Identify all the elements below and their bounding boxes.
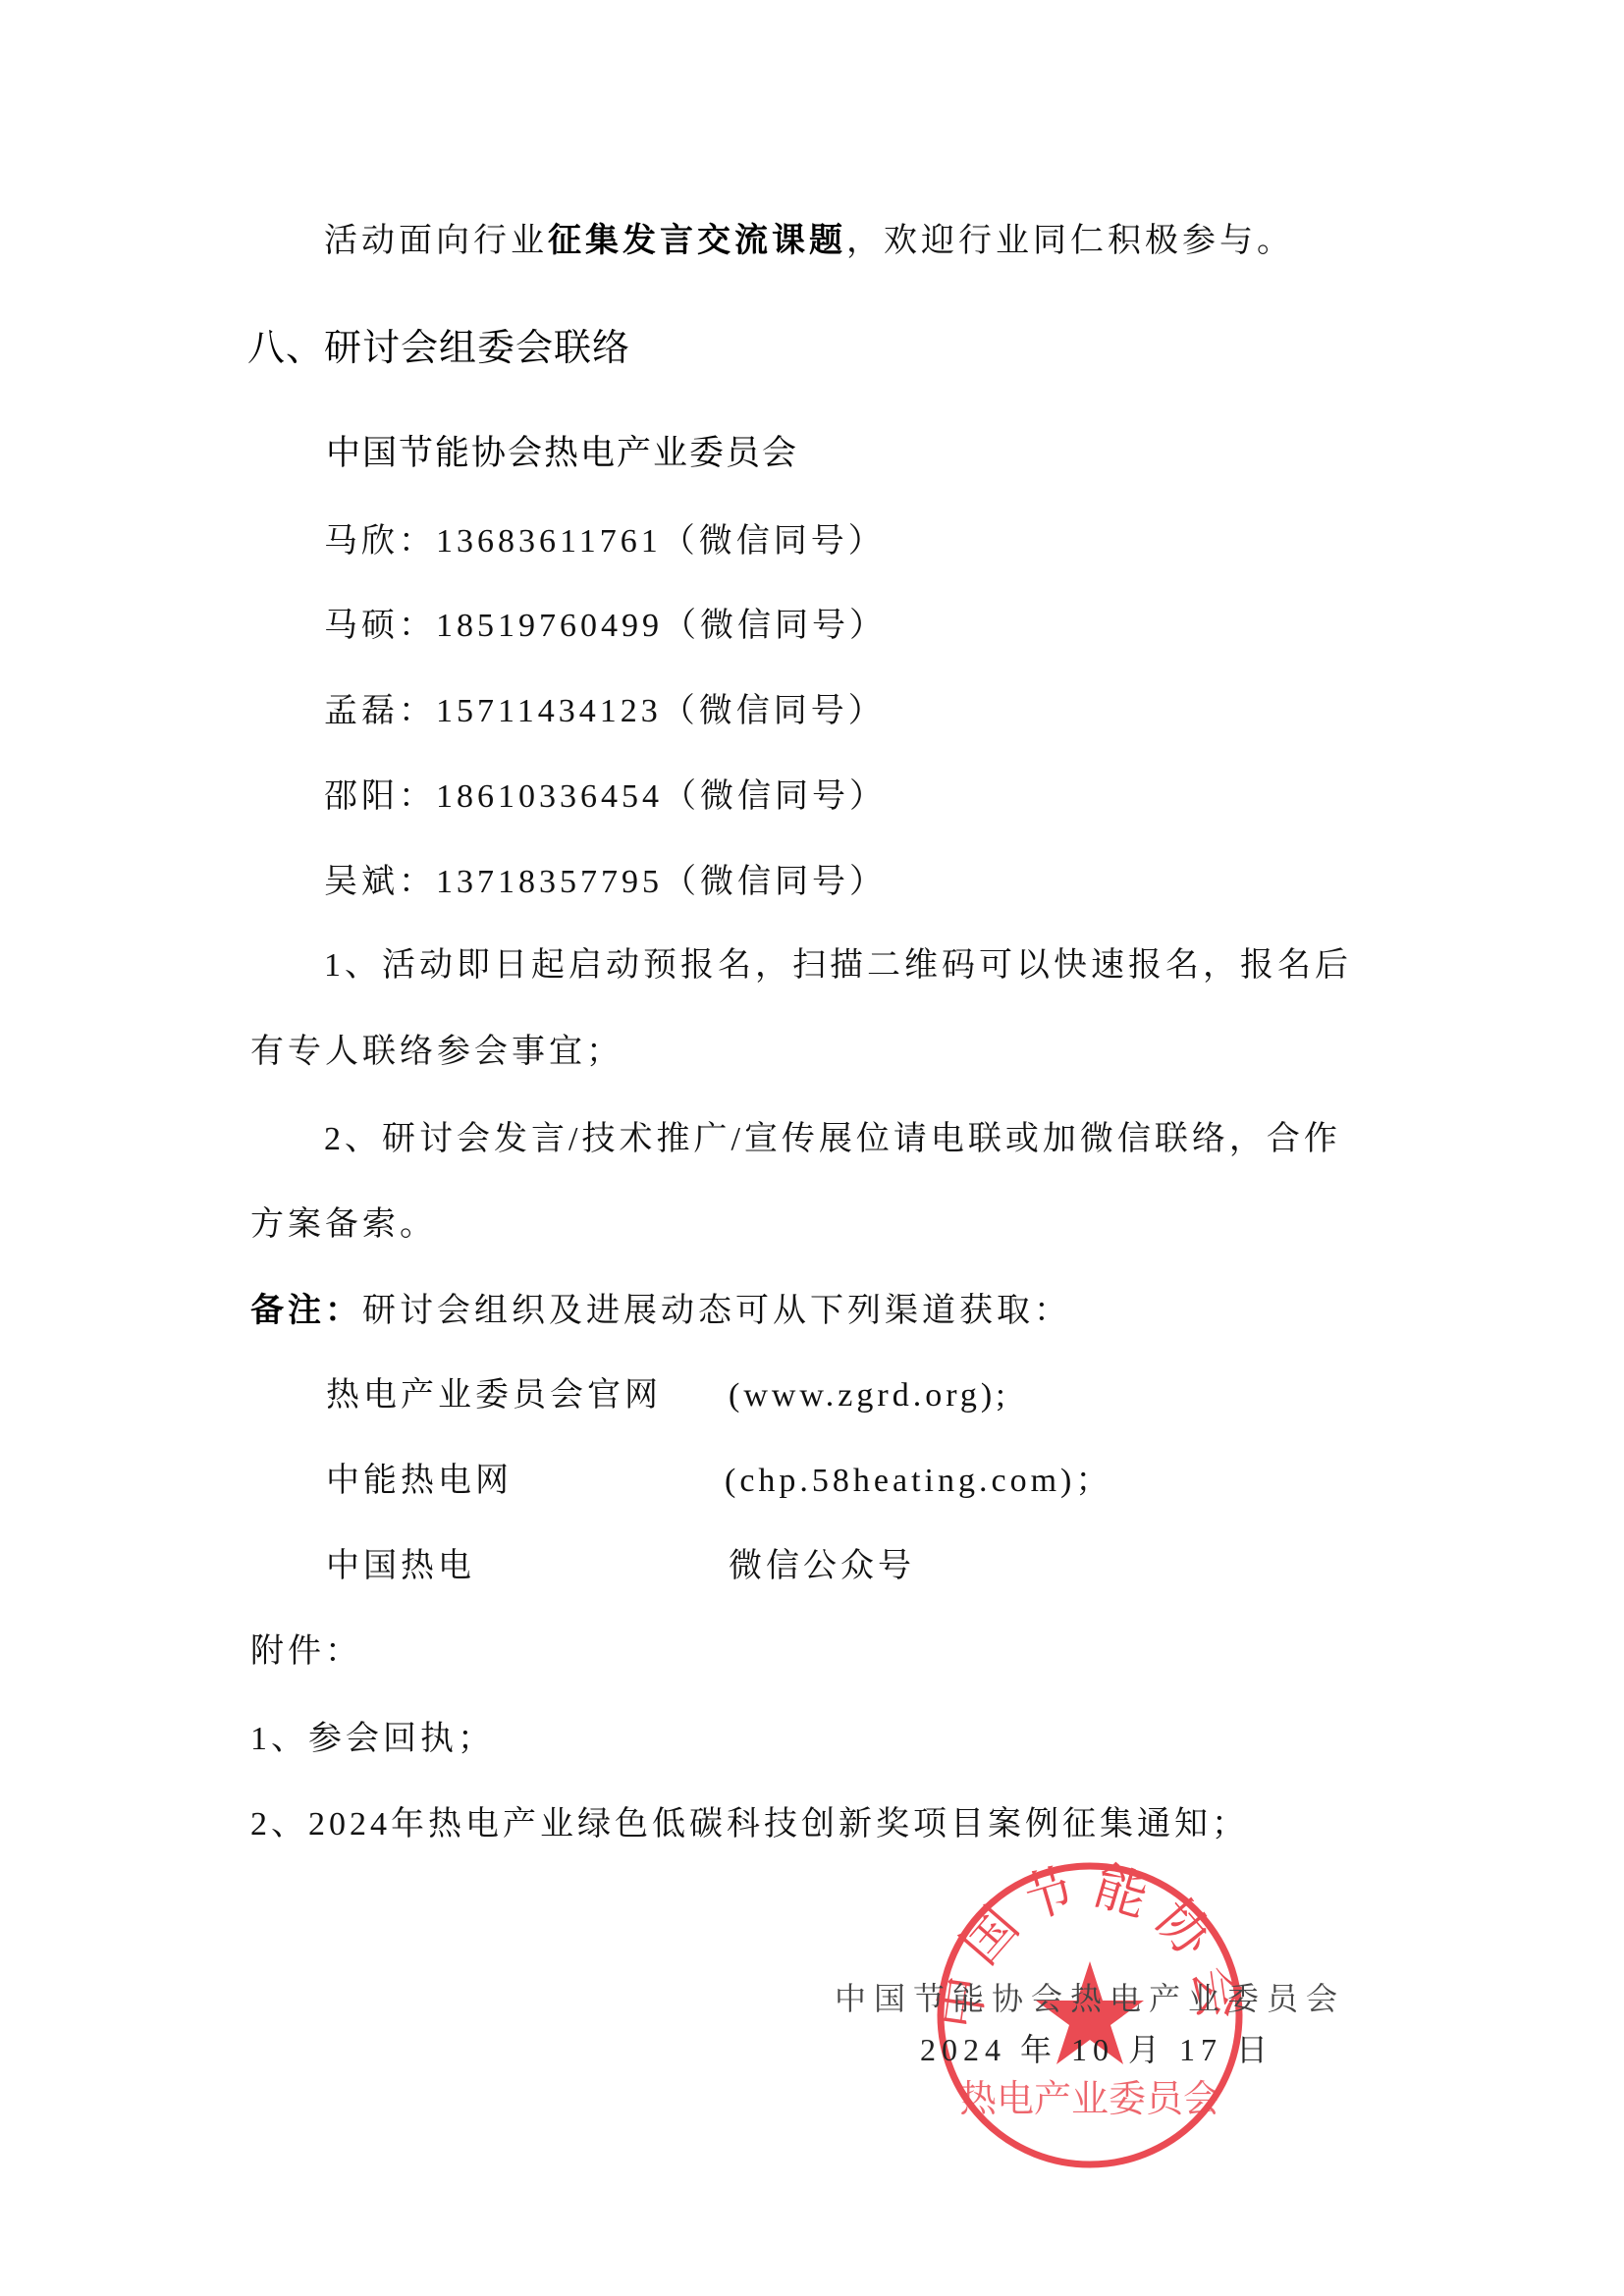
contact-name: 邵阳： — [324, 778, 436, 815]
channel-name: 中国热电 — [326, 1545, 729, 1588]
remark-text: 研讨会组织及进展动态可从下列渠道获取： — [362, 1293, 1071, 1329]
note-1-line-1: 1、活动即日起启动预报名，扫描二维码可以快速报名，报名后 — [324, 944, 1352, 988]
remark-paragraph: 备注：研讨会组织及进展动态可从下列渠道获取： — [250, 1289, 1071, 1333]
contact-name: 马硕： — [324, 608, 436, 644]
note-2-line-1: 2、研讨会发言/技术推广/宣传展位请电联或加微信联络，合作 — [324, 1118, 1341, 1161]
signature-date: 2024 年 10 月 17 日 — [920, 2028, 1273, 2071]
document-page: 活动面向行业征集发言交流课题，欢迎行业同仁积极参与。 八、研讨会组委会联络 中国… — [0, 0, 1624, 2296]
remark-label: 备注： — [250, 1292, 362, 1329]
contact-name: 吴斌： — [324, 864, 436, 900]
intro-bold-text: 征集发言交流课题 — [548, 222, 846, 259]
channel-value: (www.zgrd.org); — [729, 1377, 1009, 1414]
svg-text:热电产业委员会: 热电产业委员会 — [959, 2077, 1220, 2120]
contact-note: （微信同号） — [663, 864, 887, 900]
attachments-label: 附件： — [250, 1630, 362, 1674]
contact-phone: 18610336454 — [436, 778, 663, 815]
contact-phone: 15711434123 — [436, 693, 662, 729]
contact-name: 孟磊： — [324, 693, 436, 729]
attachment-item: 1、参会回执； — [250, 1718, 495, 1761]
contact-row: 邵阳：18610336454（微信同号） — [324, 775, 887, 819]
attachment-item: 2、2024年热电产业绿色低碳科技创新奖项目案例征集通知； — [250, 1803, 1249, 1846]
channel-row: 热电产业委员会官网(www.zgrd.org); — [326, 1374, 1009, 1417]
contact-note: （微信同号） — [663, 778, 887, 815]
channel-row: 中国热电微信公众号 — [326, 1545, 915, 1588]
channel-name: 热电产业委员会官网 — [326, 1374, 729, 1417]
signature-organization: 中国节能协会热电产业委员会 — [835, 1977, 1345, 2020]
intro-text-end: ，欢迎行业同仁积极参与。 — [846, 223, 1294, 259]
organization-name: 中国节能协会热电产业委员会 — [326, 432, 798, 475]
contact-note: （微信同号） — [663, 608, 887, 644]
intro-paragraph: 活动面向行业征集发言交流课题，欢迎行业同仁积极参与。 — [324, 219, 1294, 263]
contact-note: （微信同号） — [662, 523, 886, 560]
contact-phone: 18519760499 — [436, 608, 663, 644]
contact-phone: 13683611761 — [436, 523, 662, 560]
intro-text: 活动面向行业 — [324, 223, 548, 259]
contact-note: （微信同号） — [662, 693, 886, 729]
contact-phone: 13718357795 — [436, 864, 663, 900]
channel-value: 微信公众号 — [729, 1548, 915, 1584]
contact-row: 马欣：13683611761（微信同号） — [324, 520, 886, 563]
channel-name: 中能热电网 — [326, 1460, 725, 1503]
note-1-line-2: 有专人联络参会事宜； — [250, 1031, 623, 1074]
contact-name: 马欣： — [324, 523, 436, 560]
note-2-line-2: 方案备索。 — [250, 1203, 437, 1247]
channel-row: 中能热电网(chp.58heating.com)； — [326, 1460, 1112, 1503]
section-heading: 八、研讨会组委会联络 — [247, 327, 630, 370]
contact-row: 吴斌：13718357795（微信同号） — [324, 861, 887, 904]
contact-row: 孟磊：15711434123（微信同号） — [324, 690, 886, 733]
channel-value: (chp.58heating.com)； — [725, 1463, 1112, 1499]
contact-row: 马硕：18519760499（微信同号） — [324, 605, 887, 648]
